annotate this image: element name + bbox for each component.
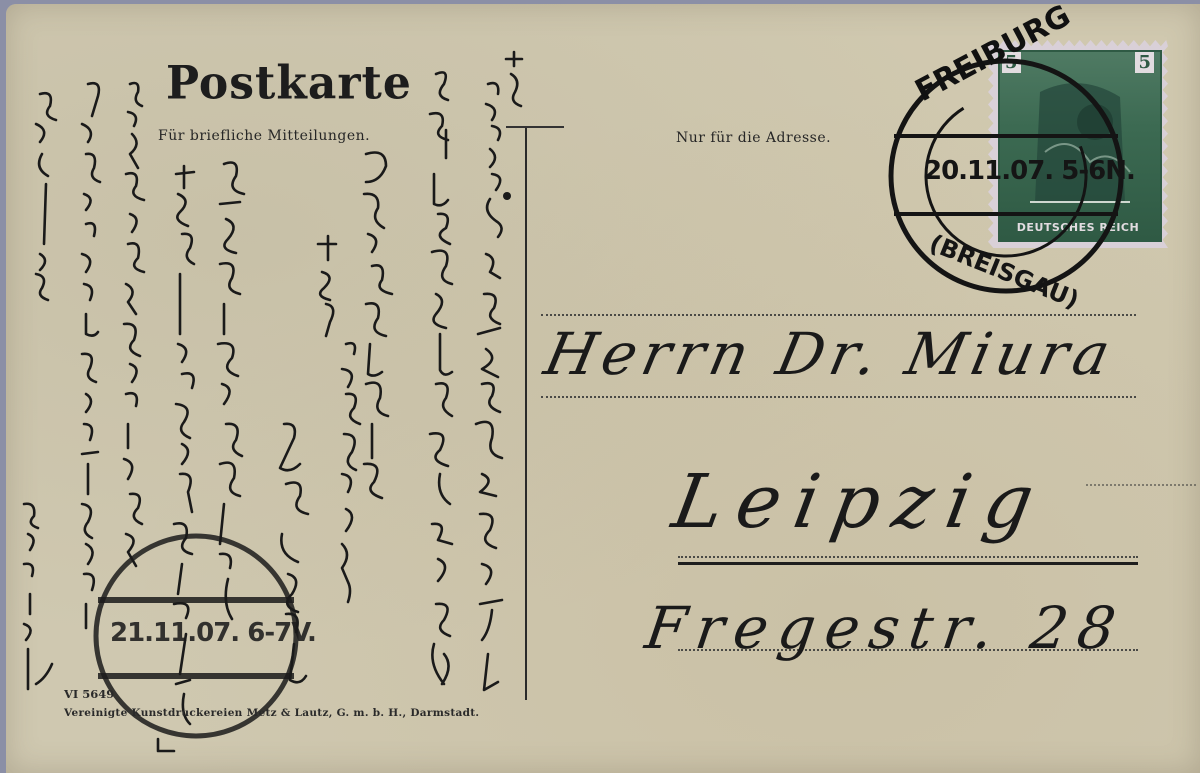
series-number: VI 5649 [64,687,114,701]
postcard: Postkarte Für briefliche Mitteilungen. N… [6,4,1200,773]
japanese-handwritten-message [6,4,1200,773]
printer-imprint: Vereinigte Kunstdruckereien Metz & Lautz… [64,707,479,719]
